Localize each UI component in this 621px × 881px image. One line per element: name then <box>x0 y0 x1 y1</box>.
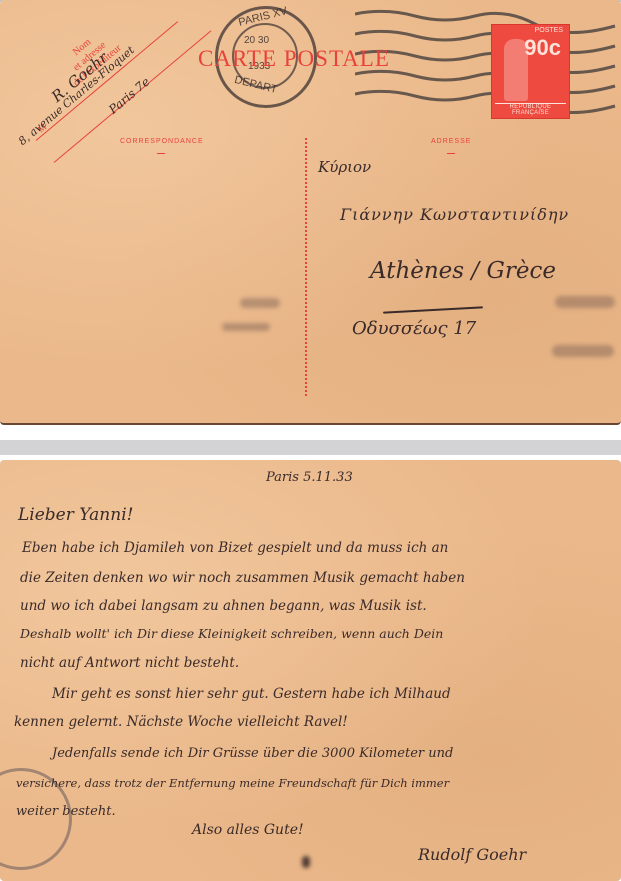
address-dash <box>447 153 455 154</box>
letter-line: versichere, dass trotz der Entfernung me… <box>16 776 449 790</box>
letter-signature: Rudolf Goehr <box>418 845 526 864</box>
letter-line: weiter besteht. <box>16 804 116 819</box>
ink-smudge-3 <box>555 296 615 308</box>
letter-line: nicht auf Antwort nicht besteht. <box>20 655 239 671</box>
letter-closing: Also alles Gute! <box>192 822 304 838</box>
correspondence-dash <box>157 153 165 154</box>
vertical-divider <box>305 138 307 398</box>
postmark-time: 20 30 <box>244 35 269 46</box>
ink-smudge-4 <box>552 345 614 357</box>
correspondence-label: CORRESPONDANCE <box>120 138 204 145</box>
stamp-header: POSTES <box>535 27 563 34</box>
image-separator <box>0 440 621 455</box>
stamp-footer: REPUBLIQUE FRANÇAISE <box>495 103 566 116</box>
address-label: ADRESSE <box>431 138 471 145</box>
letter-line: Jedenfalls sende ich Dir Grüsse über die… <box>52 746 453 761</box>
letter-greeting: Lieber Yanni! <box>18 505 133 525</box>
ink-smudge-2 <box>222 323 270 331</box>
letter-line: Deshalb wollt' ich Dir diese Kleinigkeit… <box>20 626 443 641</box>
recipient-name: Γιάννην Κωνσταντινίδην <box>340 205 569 224</box>
letter-line: kennen gelernt. Nächste Woche vielleicht… <box>14 714 348 730</box>
postage-stamp: POSTES 90c REPUBLIQUE FRANÇAISE <box>491 24 570 119</box>
letter-line: und wo ich dabei langsam zu ahnen begann… <box>20 598 427 614</box>
letter-line: Mir geht es sonst hier sehr gut. Gestern… <box>52 686 451 702</box>
ink-mark <box>302 856 310 868</box>
postcard-front: Nom et adresse de l'expéditeur M R. Goeh… <box>0 0 621 425</box>
wavy-cancellation-lines <box>355 8 621 118</box>
letter-line: die Zeiten denken wo wir noch zusammen M… <box>20 570 465 586</box>
letter-line: Eben habe ich Djamileh von Bizet gespiel… <box>22 540 448 556</box>
stamp-value: 90c <box>524 35 561 61</box>
city-underline <box>383 306 483 313</box>
sender-city: Paris 7e <box>106 75 153 117</box>
recipient-city: Athènes / Grèce <box>370 258 556 284</box>
letter-date: Paris 5.11.33 <box>266 470 353 485</box>
ink-smudge-1 <box>240 298 280 308</box>
recipient-street: Οδυσσέως 17 <box>352 318 476 339</box>
recipient-salutation: Κύριον <box>318 158 371 176</box>
postcard-back: Paris 5.11.33 Lieber Yanni! Eben habe ic… <box>0 460 621 881</box>
card-title: CARTE POSTALE <box>198 46 390 72</box>
